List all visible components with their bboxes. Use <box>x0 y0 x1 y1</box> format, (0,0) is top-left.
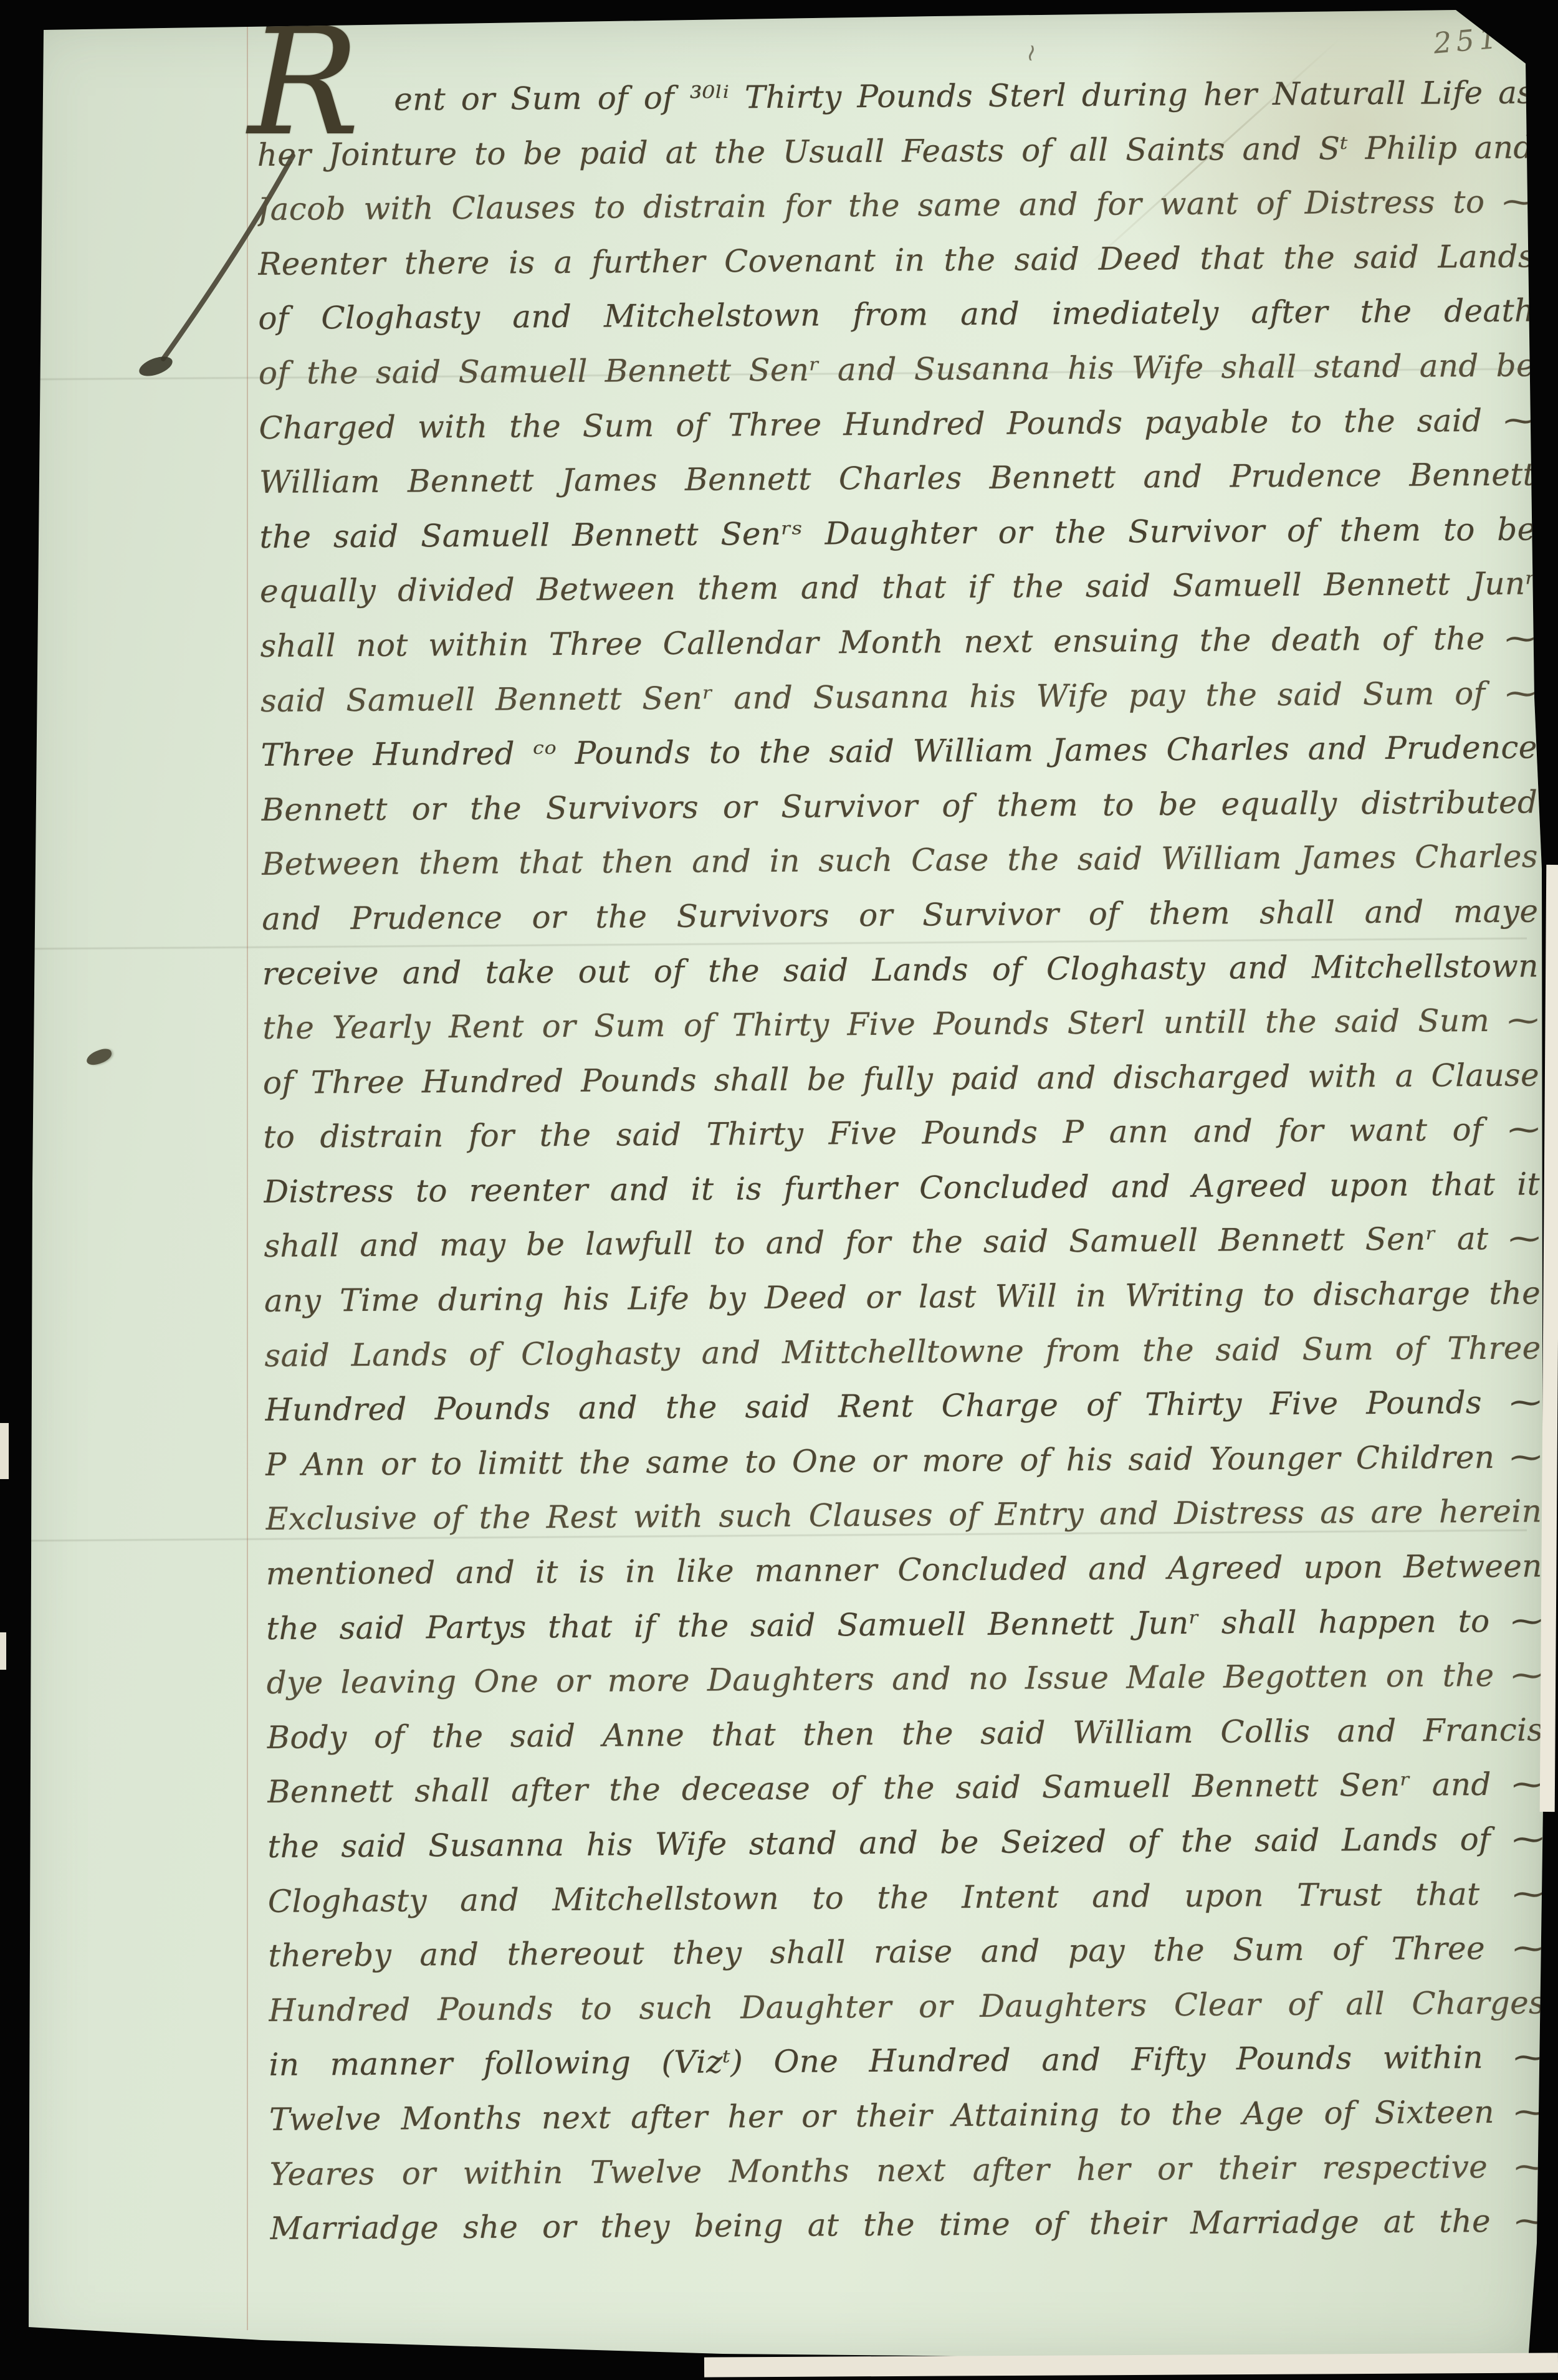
manuscript-line: P Ann or to limitt the same to One or mo… <box>265 1430 1541 1492</box>
manuscript-line: Between them that then and in such Case … <box>261 830 1537 892</box>
manuscript-line: Yeares or within Twelve Months next afte… <box>269 2140 1546 2202</box>
manuscript-line: shall and may be lawfull to and for the … <box>264 1212 1540 1274</box>
underlying-page-edge <box>704 2353 1558 2377</box>
manuscript-line: of the said Samuell Bennett Senʳ and Sus… <box>259 338 1535 401</box>
manuscript-line: and Prudence or the Survivors or Survivo… <box>262 884 1538 946</box>
underlying-page-edge <box>1540 865 1558 1812</box>
manuscript-text-block: ent or Sum of of ³⁰ˡⁱ Thirty Pounds Ster… <box>257 65 1546 2256</box>
manuscript-line: Three Hundred ᶜᵒ Pounds to the said Will… <box>260 721 1537 783</box>
manuscript-line: ent or Sum of of ³⁰ˡⁱ Thirty Pounds Ster… <box>257 65 1533 128</box>
manuscript-line: shall not within Three Callendar Month n… <box>260 611 1536 674</box>
manuscript-line: Jacob with Clauses to distrain for the s… <box>257 175 1534 237</box>
manuscript-line: Body of the said Anne that then the said… <box>267 1703 1543 1765</box>
manuscript-line: mentioned and it is in like manner Concl… <box>265 1539 1542 1601</box>
manuscript-line: Bennett or the Survivors or Survivor of … <box>261 775 1537 837</box>
manuscript-line: William Bennett James Bennett Charles Be… <box>259 448 1536 510</box>
manuscript-line: receive and take out of the said Lands o… <box>262 939 1539 1001</box>
manuscript-line: the Yearly Rent or Sum of Thirty Five Po… <box>262 994 1539 1056</box>
manuscript-line: Distress to reenter and it is further Co… <box>264 1157 1540 1219</box>
manuscript-line: Twelve Months next after her or their At… <box>269 2085 1546 2147</box>
manuscript-line: Hundred Pounds and the said Rent Charge … <box>265 1376 1541 1438</box>
manuscript-line: the said Samuell Bennett Senʳˢ Daughter … <box>259 502 1536 564</box>
manuscript-line: to distrain for the said Thirty Five Pou… <box>263 1103 1539 1165</box>
manuscript-line: thereby and thereout they shall raise an… <box>268 1921 1544 1984</box>
manuscript-line: of Cloghasty and Mitchelstown from and i… <box>258 284 1534 346</box>
underlying-page-edge <box>0 1423 9 1479</box>
manuscript-line: her Jointure to be paid at the Usuall Fe… <box>257 120 1534 183</box>
manuscript-line: the said Partys that if the said Samuell… <box>266 1594 1542 1656</box>
page-number: 251 <box>1432 21 1503 60</box>
manuscript-line: Cloghasty and Mitchellstown to the Inten… <box>268 1867 1544 1929</box>
manuscript-line: in manner following (Vizᵗ) One Hundred a… <box>269 2030 1545 2093</box>
manuscript-line: equally divided Between them and that if… <box>260 557 1536 619</box>
manuscript-line: the said Susanna his Wife stand and be S… <box>267 1812 1544 1874</box>
underlying-page-edge <box>0 1632 6 1670</box>
manuscript-line: dye leaving One or more Daughters and no… <box>267 1649 1543 1711</box>
ink-blot <box>85 1047 113 1067</box>
manuscript-line: said Samuell Bennett Senʳ and Susanna hi… <box>260 666 1537 728</box>
manuscript-line: Hundred Pounds to such Daughter or Daugh… <box>269 1976 1545 2038</box>
paper-page: 251 ≀ R ent or Sum of of ³⁰ˡⁱ Thirty Pou… <box>0 0 1558 2380</box>
manuscript-line: Exclusive of the Rest with such Clauses … <box>265 1485 1542 1547</box>
manuscript-line: said Lands of Cloghasty and Mittchelltow… <box>264 1321 1541 1383</box>
manuscript-line: Reenter there is a further Covenant in t… <box>258 229 1534 292</box>
manuscript-line: any Time during his Life by Deed or last… <box>264 1267 1541 1329</box>
manuscript-line: of Three Hundred Pounds shall be fully p… <box>263 1048 1539 1110</box>
manuscript-line: Marriadge she or they being at the time … <box>270 2194 1546 2257</box>
stray-ink-mark: ≀ <box>1025 38 1039 67</box>
manuscript-line: Bennett shall after the decease of the s… <box>267 1758 1544 1820</box>
manuscript-line: Charged with the Sum of Three Hundred Po… <box>259 393 1535 455</box>
